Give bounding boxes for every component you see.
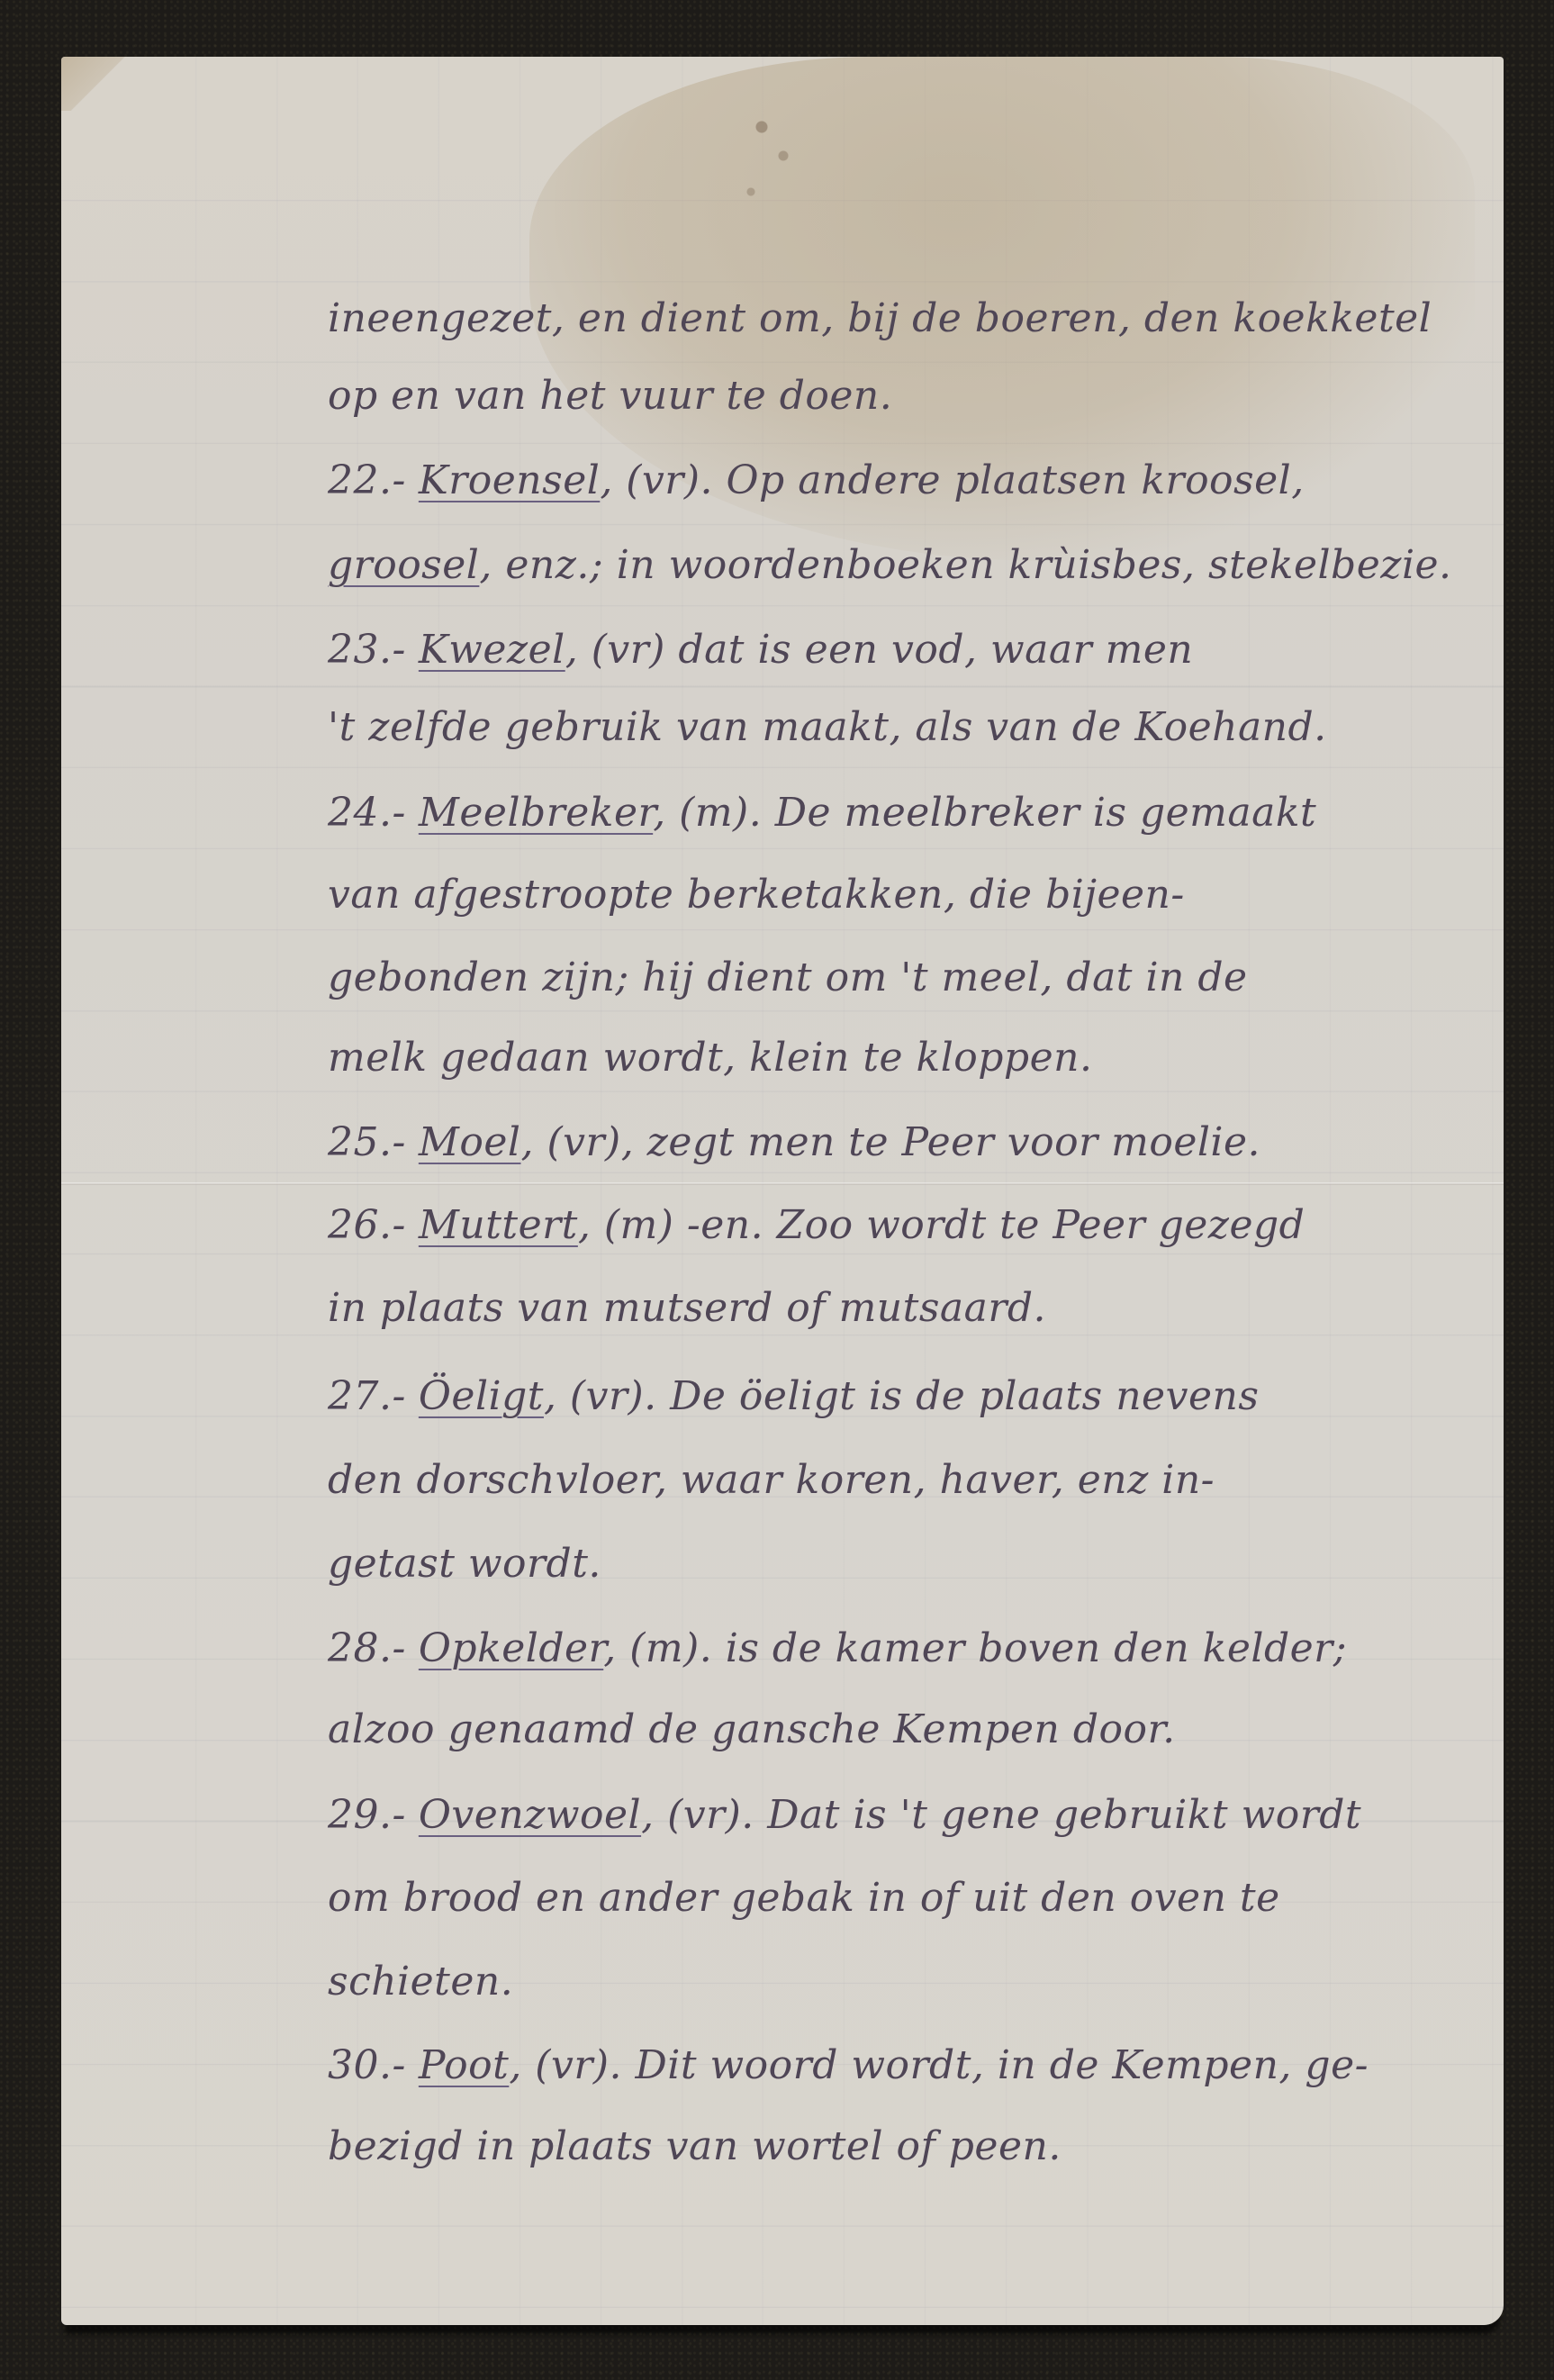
text-line: schieten. [328,1957,1489,2007]
text-line: in plaats van mutserd of mutsaard. [328,1283,1489,1334]
entry-number: 22.- [328,457,406,503]
text-line: om brood en ander gebak in of uit den ov… [328,1873,1489,1923]
text-line: groosel, enz.; in woordenboeken krùisbes… [328,540,1489,591]
entry-28: 28.-Opkelder, (m). is de kamer boven den… [328,1624,1489,1674]
entry-definition: , (vr). Dit woord wordt, in de Kempen, g… [509,2042,1369,2088]
entry-25: 25.-Moel, (vr), zegt men te Peer voor mo… [328,1118,1489,1168]
entry-number: 26.- [328,1202,406,1248]
text-line: ineengezet, en dient om, bij de boeren, … [328,294,1489,344]
entry-number: 28.- [328,1625,406,1671]
entry-term: Öeligt [419,1373,544,1419]
entry-number: 25.- [328,1119,406,1165]
text-line: getast wordt. [328,1539,1489,1589]
entry-23: 23.-Kwezel, (vr) dat is een vod, waar me… [328,625,1489,675]
entry-definition: , (vr) dat is een vod, waar men [565,627,1194,673]
entry-number: 24.- [328,790,406,836]
text-line: alzoo genaamd de gansche Kempen door. [328,1705,1489,1755]
text-line: den dorschvloer, waar koren, haver, enz … [328,1455,1489,1506]
entry-29: 29.-Ovenzwoel, (vr). Dat is 't gene gebr… [328,1790,1489,1841]
entry-definition: , (m). is de kamer boven den kelder; [603,1625,1347,1671]
entry-30: 30.-Poot, (vr). Dit woord wordt, in de K… [328,2041,1489,2091]
entry-number: 23.- [328,627,406,673]
text-line: bezigd in plaats van wortel of peen. [328,2122,1489,2172]
entry-22: 22.-Kroensel, (vr). Op andere plaatsen k… [328,456,1489,506]
entry-term: Kwezel [419,627,565,673]
entry-definition: , (vr). Op andere plaatsen kroosel, [600,457,1304,503]
entry-term: Opkelder [419,1625,603,1671]
entry-27: 27.-Öeligt, (vr). De öeligt is de plaats… [328,1371,1489,1422]
manuscript-page: ineengezet, en dient om, bij de boeren, … [61,57,1504,2325]
text-line: gebonden zijn; hij dient om 't meel, dat… [328,953,1489,1003]
entry-term: Muttert [419,1202,578,1248]
entry-24: 24.-Meelbreker, (m). De meelbreker is ge… [328,788,1489,838]
entry-number: 29.- [328,1792,406,1838]
entry-number: 27.- [328,1373,406,1419]
text-line: op en van het vuur te doen. [328,371,1489,421]
entry-term: Meelbreker [419,790,653,836]
entry-term: Ovenzwoel [419,1792,641,1838]
text-line: 't zelfde gebruik van maakt, als van de … [328,702,1489,753]
entry-term: Kroensel [419,457,600,503]
entry-definition: , (m) -en. Zoo wordt te Peer gezegd [578,1202,1305,1248]
entry-definition: , (vr). Dat is 't gene gebruikt wordt [641,1792,1361,1838]
entry-term: Moel [419,1119,521,1165]
text-line: van afgestroopte berketakken, die bijeen… [328,870,1489,920]
entry-definition: , (m). De meelbreker is gemaakt [653,790,1316,836]
entry-term: Poot [419,2042,509,2088]
entry-definition: , (vr). De öeligt is de plaats nevens [544,1373,1259,1419]
text-line: melk gedaan wordt, klein te kloppen. [328,1033,1489,1083]
entry-term: groosel [328,542,479,588]
handwritten-text: ineengezet, en dient om, bij de boeren, … [61,57,1504,2325]
entry-definition: , (vr), zegt men te Peer voor moelie. [521,1119,1261,1165]
entry-number: 30.- [328,2042,406,2088]
entry-26: 26.-Muttert, (m) -en. Zoo wordt te Peer … [328,1200,1489,1251]
